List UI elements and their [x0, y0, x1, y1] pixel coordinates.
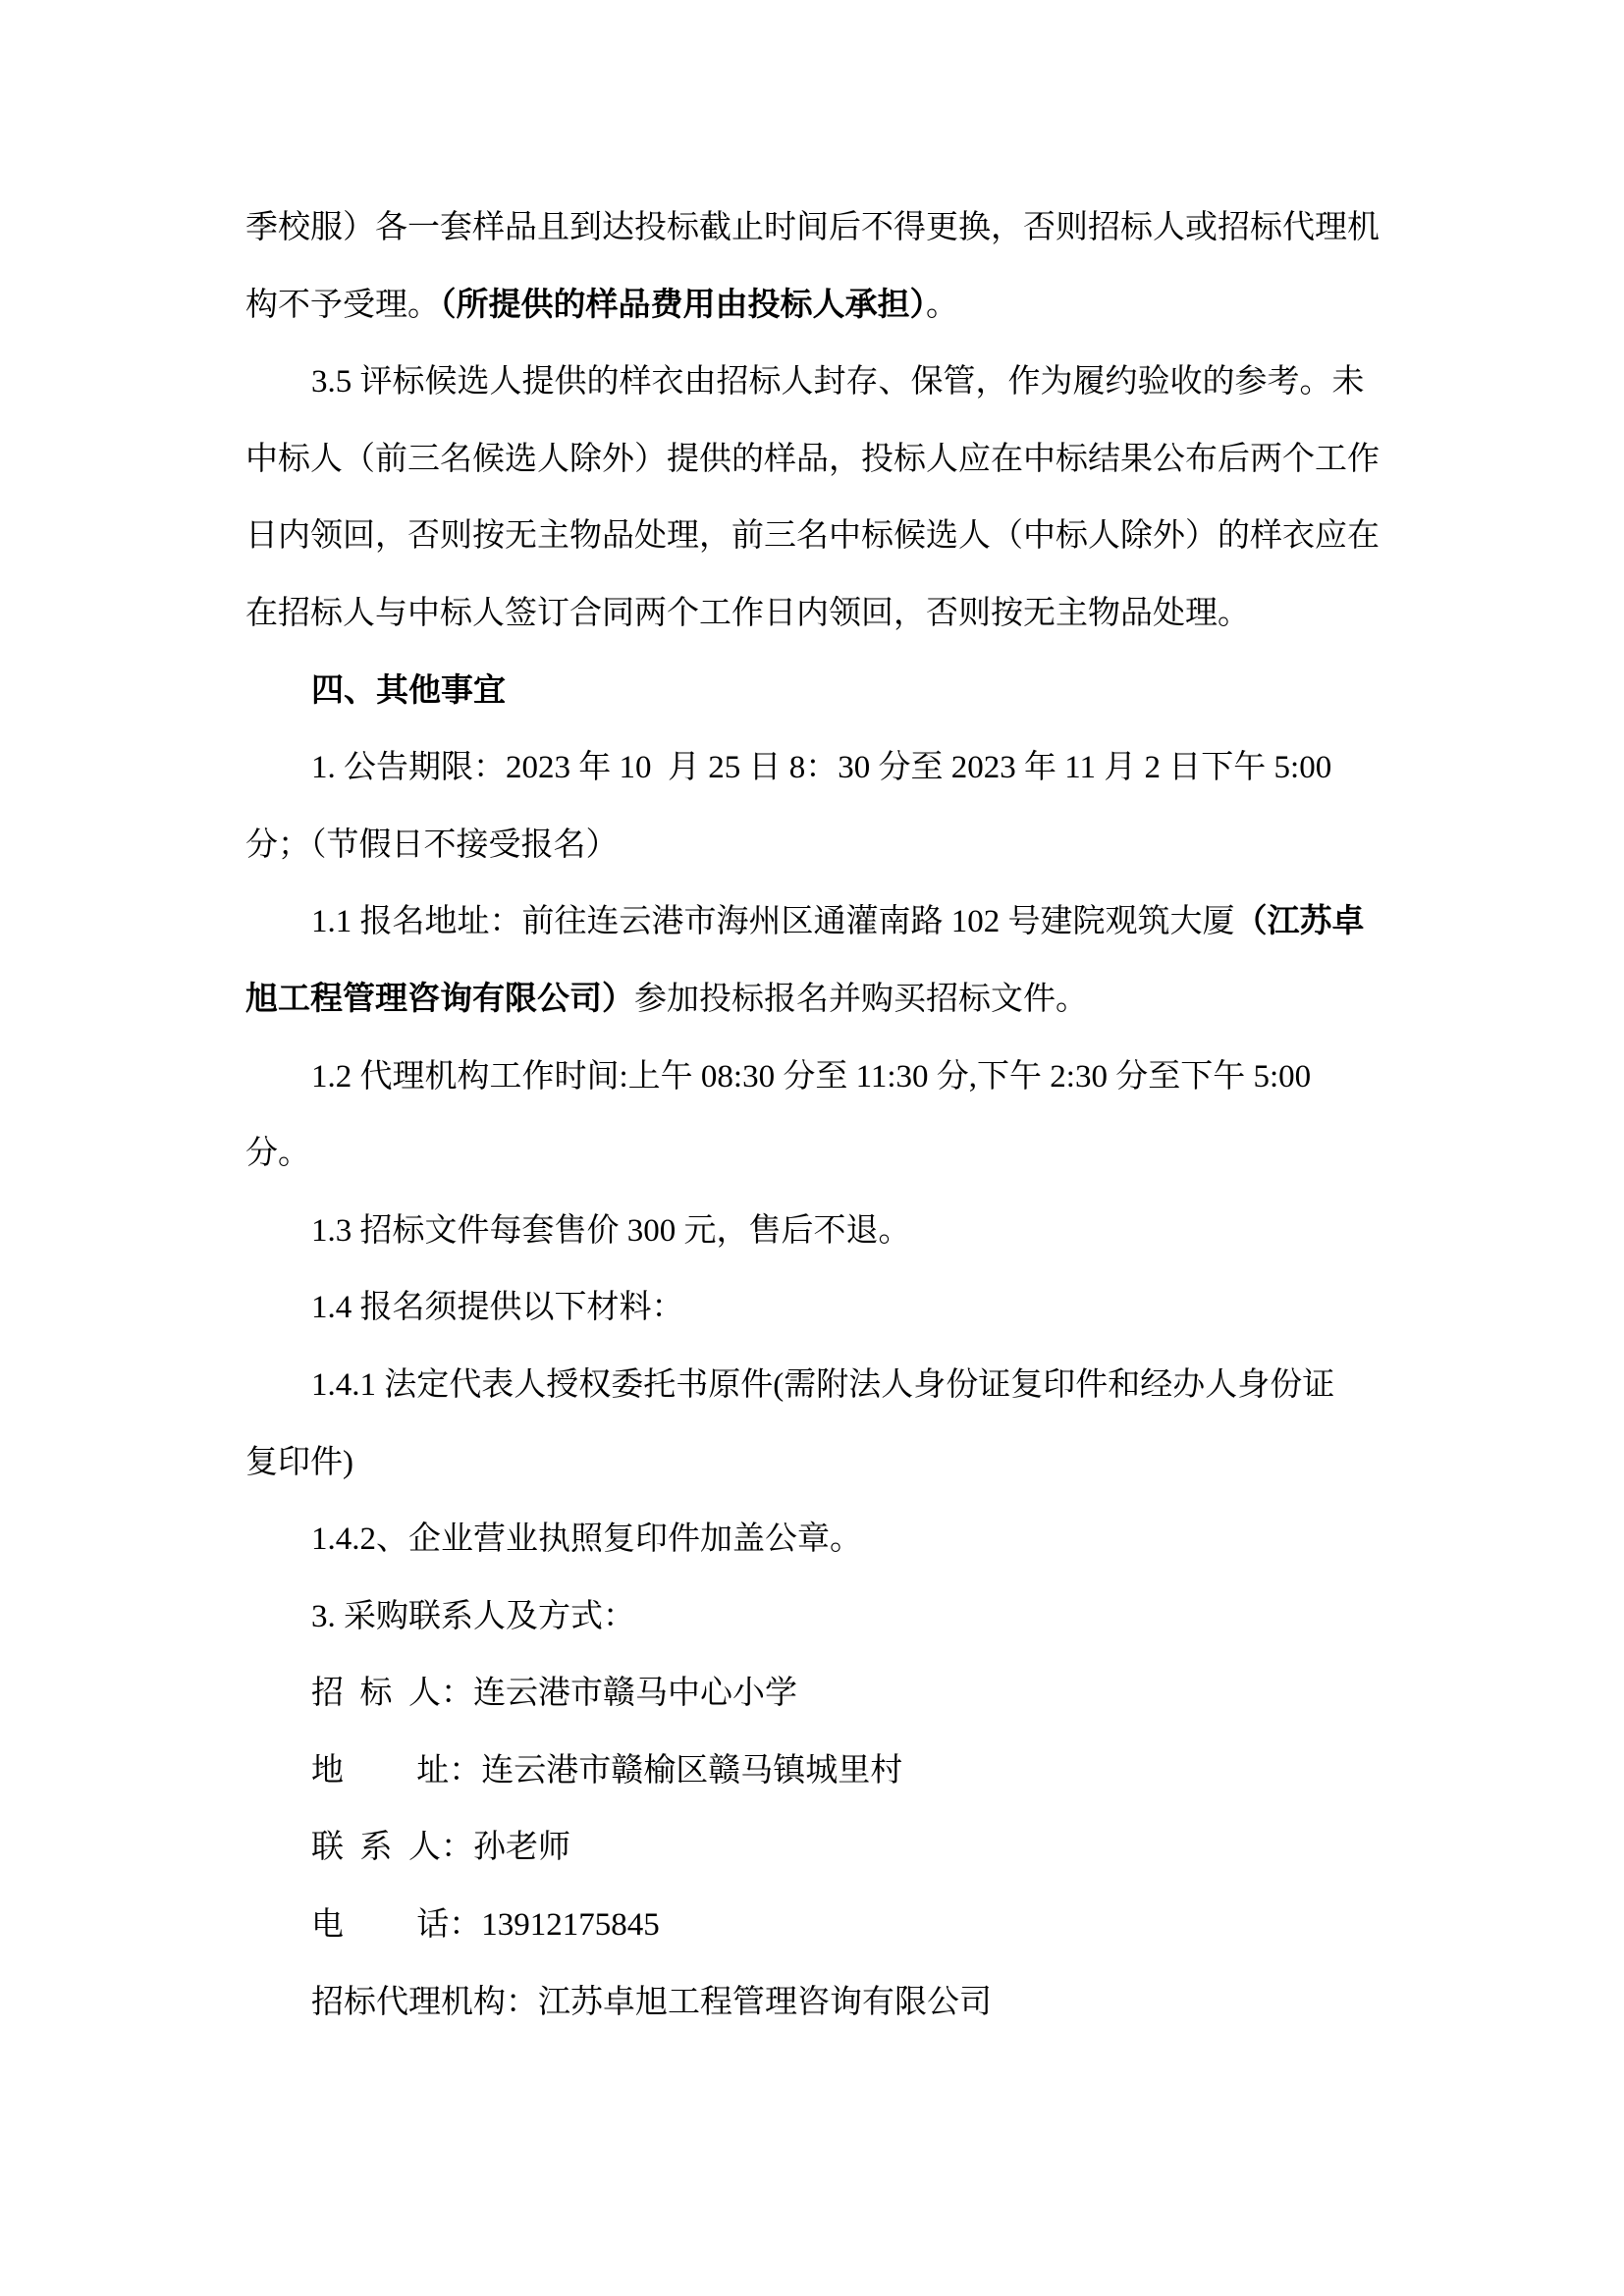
para-3-5-line-1: 3.5 评标候选人提供的样衣由招标人封存、保管，作为履约验收的参考。未 [245, 344, 1394, 421]
line-tenderee: 招 标 人：连云港市赣马中心小学 [245, 1655, 1394, 1733]
para-1-4-1-line-2: 复印件) [245, 1424, 1394, 1502]
text-run: 1.4.1 法定代表人授权委托书原件(需附法人身份证复印件和经办人身份证 [311, 1367, 1334, 1403]
text-run: 地 址：连云港市赣榆区赣马镇城里村 [311, 1753, 902, 1789]
text-run: 3.5 评标候选人提供的样衣由招标人封存、保管，作为履约验收的参考。未 [311, 364, 1365, 400]
text-run: 招 标 人：连云港市赣马中心小学 [311, 1676, 797, 1711]
text-run: 1. 公告期限：2023 年 10 月 25 日 8：30 分至 2023 年 … [311, 750, 1331, 785]
para-3-5-line-2: 中标人（前三名候选人除外）提供的样品，投标人应在中标结果公布后两个工作 [245, 421, 1394, 499]
text-run: 1.4 报名须提供以下材料： [311, 1290, 684, 1325]
para-materials-required: 1.4 报名须提供以下材料： [245, 1269, 1394, 1347]
text-run: 构不予受理。 [245, 288, 440, 323]
text-run: 1.4.2、企业营业执照复印件加盖公章。 [311, 1522, 862, 1557]
para-3-5-line-3: 日内领回，否则按无主物品处理，前三名中标候选人（中标人除外）的样衣应在 [245, 498, 1394, 575]
text-run: 1.2 代理机构工作时间:上午 08:30 分至 11:30 分,下午 2:30… [311, 1059, 1311, 1095]
text-run: 电 话：13912175845 [311, 1907, 660, 1943]
text-run: 。 [926, 288, 958, 323]
text-run: 1.3 招标文件每套售价 300 元，售后不退。 [311, 1213, 911, 1249]
para-1-4-2: 1.4.2、企业营业执照复印件加盖公章。 [245, 1501, 1394, 1578]
line-contact-person: 联 系 人：孙老师 [245, 1809, 1394, 1887]
para-3-5-line-4: 在招标人与中标人签订合同两个工作日内领回，否则按无主物品处理。 [245, 575, 1394, 653]
document-body: 季校服）各一套样品且到达投标截止时间后不得更换，否则招标人或招标代理机 构不予受… [245, 189, 1394, 2041]
text-run: 招标代理机构：江苏卓旭工程管理咨询有限公司 [311, 1985, 992, 2020]
para-sample-rule-line-1: 季校服）各一套样品且到达投标截止时间后不得更换，否则招标人或招标代理机 [245, 189, 1394, 267]
para-registration-address-line-1: 1.1 报名地址：前往连云港市海州区通灌南路 102 号建院观筑大厦（江苏卓 [245, 883, 1394, 961]
text-run: 季校服）各一套样品且到达投标截止时间后不得更换，否则招标人或招标代理机 [245, 210, 1380, 245]
heading-run: 四、其他事宜 [311, 673, 506, 709]
para-1-4-1-line-1: 1.4.1 法定代表人授权委托书原件(需附法人身份证复印件和经办人身份证 [245, 1347, 1394, 1424]
para-agency-hours-line-1: 1.2 代理机构工作时间:上午 08:30 分至 11:30 分,下午 2:30… [245, 1039, 1394, 1116]
text-run: 复印件) [245, 1445, 353, 1480]
bold-run-sample-fee: （所提供的样品费用由投标人承担） [440, 288, 926, 323]
text-run: 参加投标报名并购买招标文件。 [634, 982, 1088, 1017]
text-run: 3. 采购联系人及方式： [311, 1599, 635, 1634]
text-run: 分；（节假日不接受报名） [245, 828, 619, 863]
text-run: 1.1 报名地址：前往连云港市海州区通灌南路 102 号建院观筑大厦 [311, 904, 1235, 939]
line-tender-agency: 招标代理机构：江苏卓旭工程管理咨询有限公司 [245, 1964, 1394, 2042]
text-run: 联 系 人：孙老师 [311, 1830, 570, 1865]
document-page: 季校服）各一套样品且到达投标截止时间后不得更换，否则招标人或招标代理机 构不予受… [0, 0, 1624, 2296]
para-announcement-period-line-2: 分；（节假日不接受报名） [245, 807, 1394, 884]
para-document-price: 1.3 招标文件每套售价 300 元，售后不退。 [245, 1193, 1394, 1270]
line-address: 地 址：连云港市赣榆区赣马镇城里村 [245, 1733, 1394, 1810]
bold-run-agency-name-part-1: （江苏卓 [1235, 904, 1365, 939]
para-sample-rule-line-2: 构不予受理。（所提供的样品费用由投标人承担）。 [245, 267, 1394, 345]
text-run: 中标人（前三名候选人除外）提供的样品，投标人应在中标结果公布后两个工作 [245, 442, 1380, 477]
line-phone: 电 话：13912175845 [245, 1887, 1394, 1964]
para-registration-address-line-2: 旭工程管理咨询有限公司）参加投标报名并购买招标文件。 [245, 961, 1394, 1039]
bold-run-agency-name-part-2: 旭工程管理咨询有限公司） [245, 982, 634, 1017]
heading-section-4-other-matters: 四、其他事宜 [245, 653, 1394, 730]
para-announcement-period-line-1: 1. 公告期限：2023 年 10 月 25 日 8：30 分至 2023 年 … [245, 729, 1394, 807]
para-agency-hours-line-2: 分。 [245, 1115, 1394, 1193]
text-run: 分。 [245, 1136, 310, 1171]
para-contacts-heading: 3. 采购联系人及方式： [245, 1578, 1394, 1656]
text-run: 日内领回，否则按无主物品处理，前三名中标候选人（中标人除外）的样衣应在 [245, 518, 1380, 554]
text-run: 在招标人与中标人签订合同两个工作日内领回，否则按无主物品处理。 [245, 596, 1250, 631]
